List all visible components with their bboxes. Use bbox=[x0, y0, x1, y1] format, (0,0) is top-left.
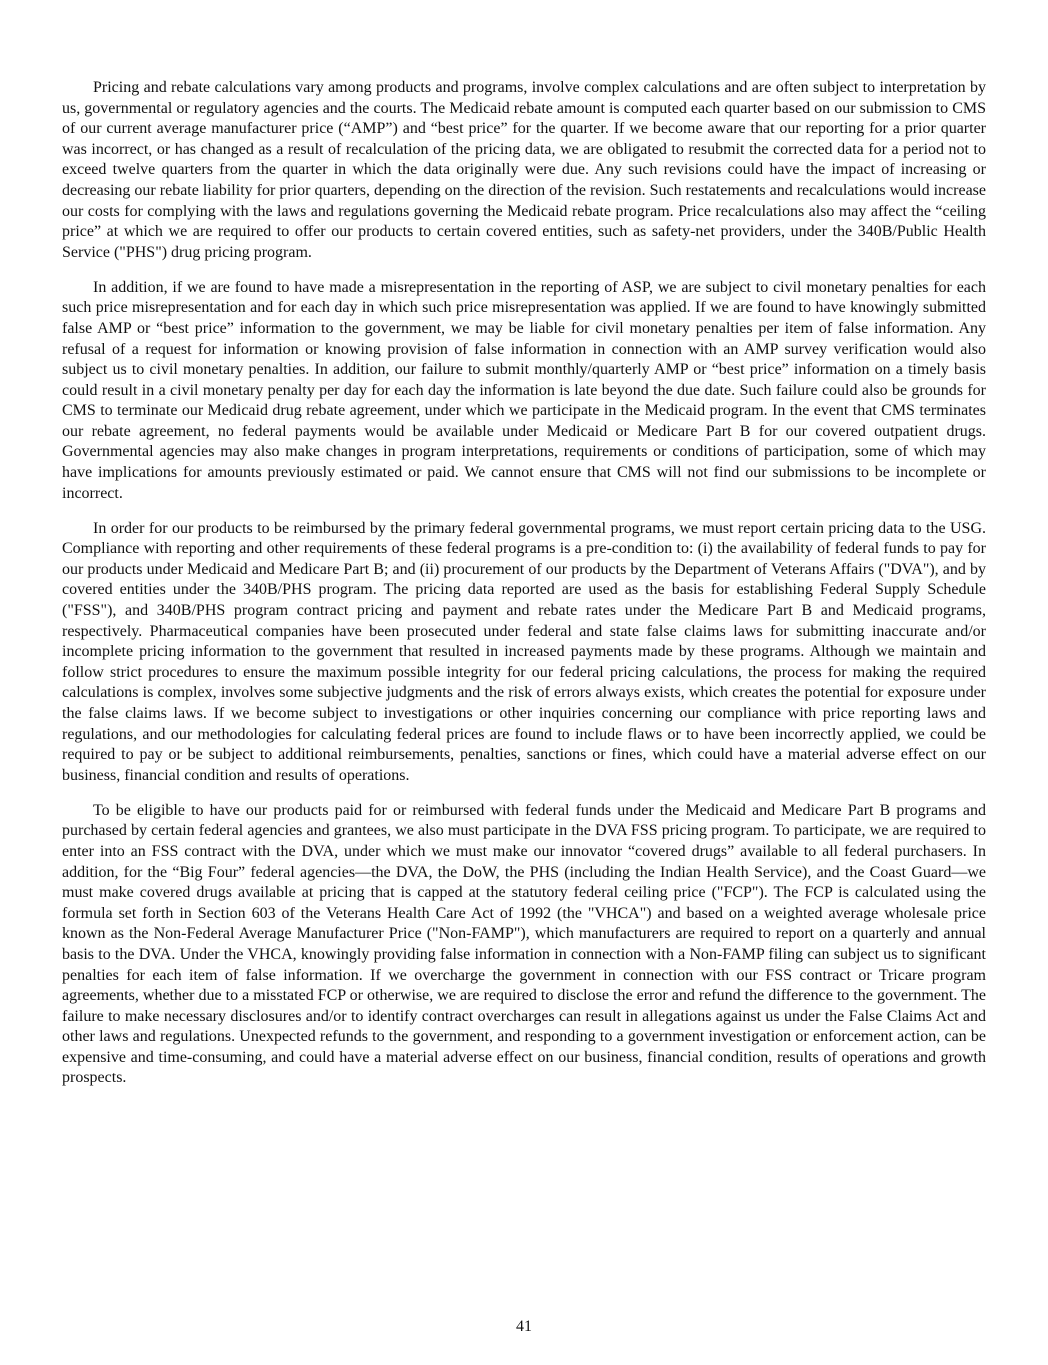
document-body: Pricing and rebate calculations vary amo… bbox=[62, 78, 986, 1103]
paragraph-dva-fss-program: To be eligible to have our products paid… bbox=[62, 801, 986, 1089]
paragraph-pricing-rebate-calculations: Pricing and rebate calculations vary amo… bbox=[62, 78, 986, 263]
paragraph-civil-monetary-penalties: In addition, if we are found to have mad… bbox=[62, 278, 986, 505]
paragraph-federal-pricing-reporting: In order for our products to be reimburs… bbox=[62, 519, 986, 787]
page-number: 41 bbox=[0, 1318, 1048, 1336]
